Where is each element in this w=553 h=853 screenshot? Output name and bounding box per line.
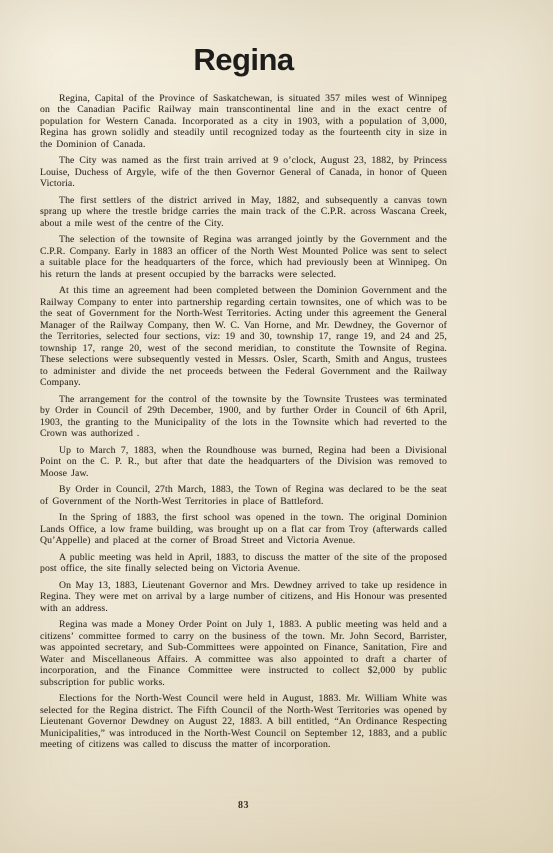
paragraph: By Order in Council, 27th March, 1883, t… [40,484,447,507]
scanned-page: Regina Regina, Capital of the Province o… [0,0,553,853]
body-text: Regina, Capital of the Province of Saska… [40,93,447,751]
paragraph: The first settlers of the district arriv… [40,195,447,230]
text-column: Regina Regina, Capital of the Province o… [40,0,447,853]
paragraph: A public meeting was held in April, 1883… [40,552,447,575]
paragraph: Elections for the North-West Council wer… [40,693,447,751]
paragraph: On May 13, 1883, Lieutenant Governor and… [40,580,447,615]
page-number: 83 [40,800,447,811]
paragraph: The selection of the townsite of Regina … [40,234,447,280]
page-title: Regina [40,44,447,77]
paragraph: The City was named as the first train ar… [40,155,447,190]
paragraph: Regina was made a Money Order Point on J… [40,619,447,688]
paragraph: The arrangement for the control of the t… [40,394,447,440]
paragraph: At this time an agreement had been compl… [40,285,447,389]
paragraph: Regina, Capital of the Province of Saska… [40,93,447,151]
paragraph: In the Spring of 1883, the first school … [40,512,447,547]
paragraph: Up to March 7, 1883, when the Roundhouse… [40,445,447,480]
